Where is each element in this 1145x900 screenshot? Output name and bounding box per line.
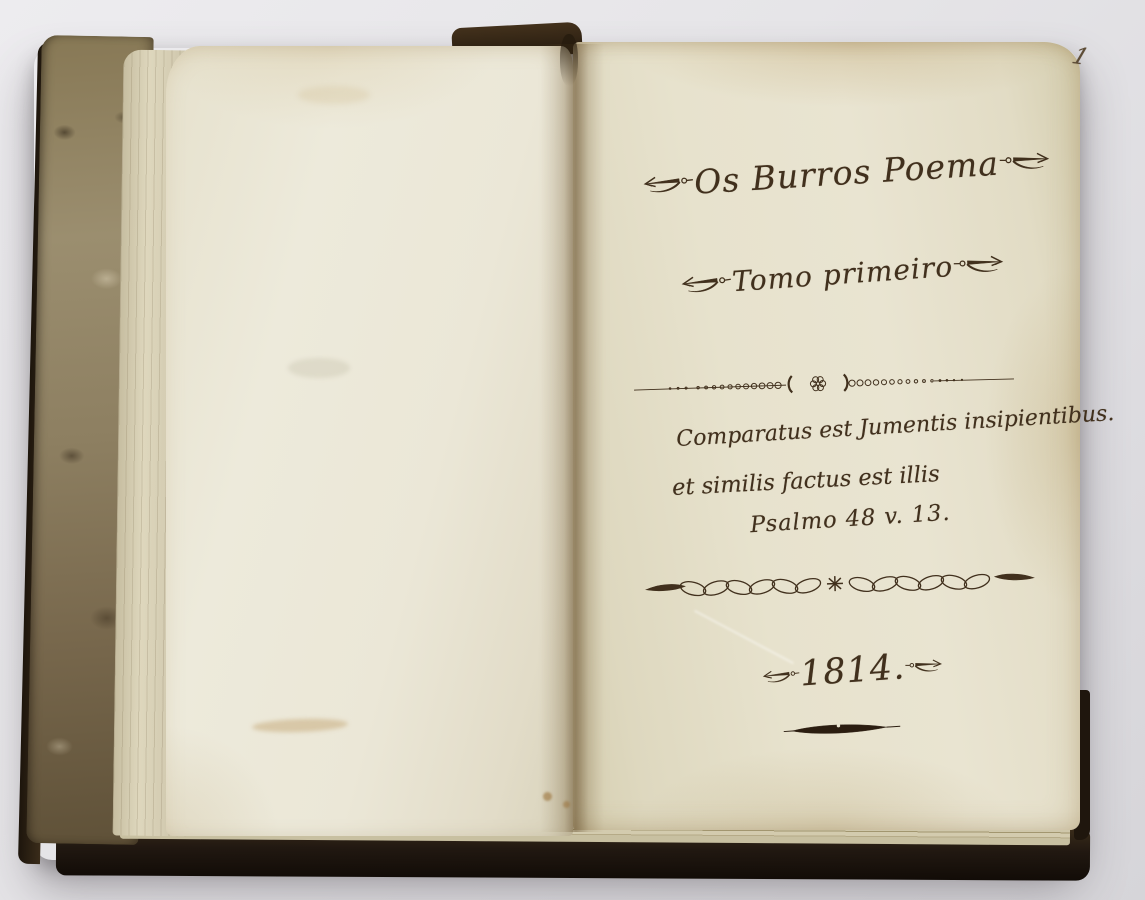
fleuron-arrow-left-icon <box>762 666 801 686</box>
page-number: 1 <box>1069 43 1093 70</box>
fleuron-arrow-left-icon <box>680 271 733 297</box>
fleuron-arrow-left-icon <box>642 171 695 196</box>
gutter-top-shadow <box>560 34 578 86</box>
stain <box>543 792 552 801</box>
gutter-shadow <box>540 44 604 832</box>
stain <box>563 801 570 808</box>
stain <box>288 358 350 378</box>
photo-of-open-book: 1 Os Burros Poema Tomo primeiro Comparat… <box>0 0 1145 900</box>
fleuron-arrow-right-icon <box>998 149 1051 174</box>
left-page-blank <box>166 46 573 836</box>
stain <box>298 86 370 104</box>
fleuron-arrow-right-icon <box>904 656 943 676</box>
fleuron-arrow-right-icon <box>952 252 1005 278</box>
year: 1814. <box>799 647 907 694</box>
